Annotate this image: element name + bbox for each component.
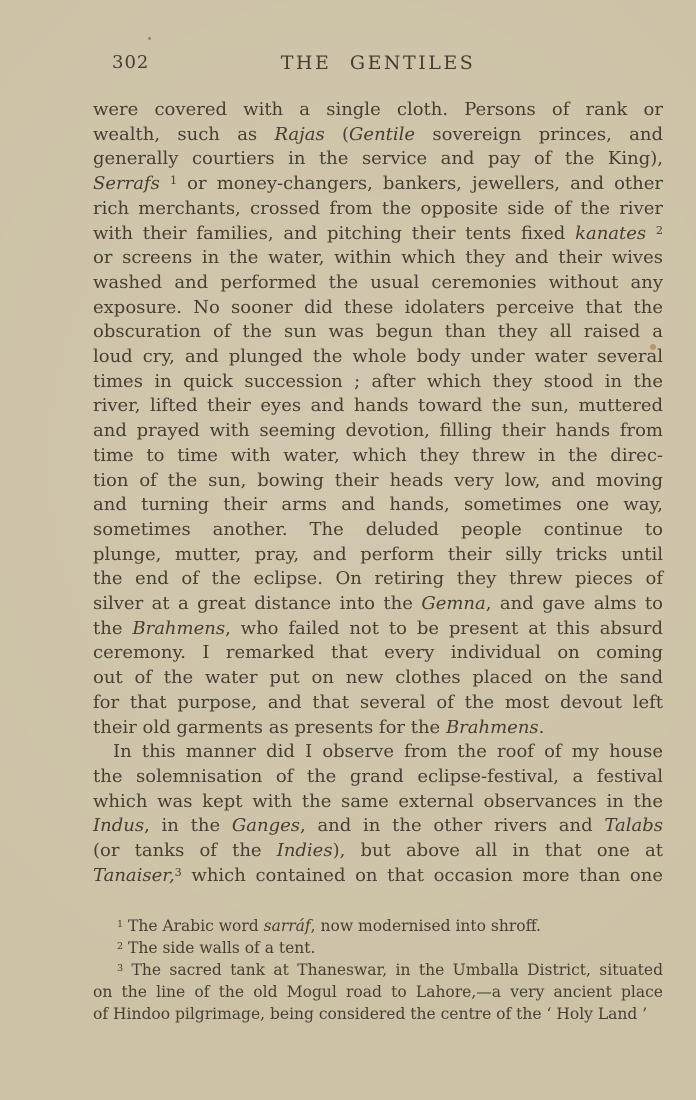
text-run: river, lifted their eyes and hands towar… — [93, 395, 663, 416]
text-line: 1 The Arabic word sarráf, now modernised… — [93, 915, 663, 937]
text-line: the solemnisation of the grand eclipse-f… — [93, 765, 663, 790]
text-line: for that purpose, and that several of th… — [93, 691, 663, 716]
text-line: tion of the sun, bowing their heads very… — [93, 469, 663, 494]
footnotes: 1 The Arabic word sarráf, now modernised… — [93, 915, 663, 1025]
text-run: , now modernised into shroff. — [311, 917, 541, 935]
text-line: 2 The side walls of a tent. — [93, 937, 663, 959]
text-run: Brahmens — [446, 717, 539, 738]
text-run: wealth, such as — [93, 124, 274, 145]
text-run: or screens in the water, within which th… — [93, 247, 663, 268]
text-run: the solemnisation of the grand eclipse-f… — [93, 766, 663, 787]
text-run: ), but above all in that one at — [333, 840, 663, 861]
text-run: , and in the other rivers and — [300, 815, 604, 836]
text-run: on the line of the old Mogul road to Lah… — [93, 983, 663, 1001]
text-run: out of the water put on new clothes plac… — [93, 667, 663, 688]
text-line: and prayed with seeming devotion, fillin… — [93, 419, 663, 444]
text-line: In this manner did I observe from the ro… — [93, 740, 663, 765]
text-line: washed and performed the usual ceremonie… — [93, 271, 663, 296]
text-run: tion of the sun, bowing their heads very… — [93, 470, 663, 491]
text-run: and prayed with seeming devotion, fillin… — [93, 420, 663, 441]
text-run: were covered with a single cloth. Person… — [93, 99, 663, 120]
text-run: times in quick succession ; after which … — [93, 371, 663, 392]
text-run: exposure. No sooner did these idolaters … — [93, 297, 663, 318]
running-title: THE GENTILES — [93, 52, 663, 74]
text-run: Gentile — [349, 124, 415, 145]
text-run: the — [93, 618, 132, 639]
text-run: The sacred tank at Thaneswar, in the Umb… — [123, 961, 663, 979]
text-line: sometimes another. The deluded people co… — [93, 518, 663, 543]
text-run: of Hindoo pilgrimage, being considered t… — [93, 1005, 647, 1023]
body-paragraph: In this manner did I observe from the ro… — [93, 740, 663, 888]
body-paragraph: were covered with a single cloth. Person… — [93, 98, 663, 740]
text-run: plunge, mutter, pray, and perform their … — [93, 544, 663, 565]
text-run: Rajas — [274, 124, 324, 145]
text-run: or money-changers, bankers, jewellers, a… — [177, 173, 663, 194]
text-line: generally courtiers in the service and p… — [93, 147, 663, 172]
text-run: Ganges — [232, 815, 300, 836]
text-run: with their families, and pitching their … — [93, 223, 575, 244]
text-run: washed and performed the usual ceremonie… — [93, 272, 663, 293]
text-run: their old garments as presents for the — [93, 717, 446, 738]
text-run: rich merchants, crossed from the opposit… — [93, 198, 663, 219]
text-run: , who failed not to be present at this a… — [225, 618, 663, 639]
text-run: for that purpose, and that several of th… — [93, 692, 663, 713]
text-run: In this manner did I observe from the ro… — [113, 741, 663, 762]
text-line: and turning their arms and hands, someti… — [93, 493, 663, 518]
text-line: 3 The sacred tank at Thaneswar, in the U… — [93, 959, 663, 981]
text-line: or screens in the water, within which th… — [93, 246, 663, 271]
text-run: sarráf — [264, 917, 311, 935]
text-run: the end of the eclipse. On retiring they… — [93, 568, 663, 589]
text-run: , in the — [144, 815, 232, 836]
text-line: their old garments as presents for the B… — [93, 716, 663, 741]
text-run: (or tanks of the — [93, 840, 277, 861]
text-line: wealth, such as Rajas (Gentile sovereign… — [93, 123, 663, 148]
text-run: sometimes another. The deluded people co… — [93, 519, 663, 540]
text-line: obscuration of the sun was begun than th… — [93, 320, 663, 345]
text-run: . — [539, 717, 545, 738]
text-run: silver at a great distance into the — [93, 593, 421, 614]
text-run: Gemna — [421, 593, 485, 614]
text-line: the Brahmens, who failed not to be prese… — [93, 617, 663, 642]
text-line: the end of the eclipse. On retiring they… — [93, 567, 663, 592]
text-line: with their families, and pitching their … — [93, 222, 663, 247]
text-run: kanates — [575, 223, 656, 244]
scan-speck — [148, 37, 151, 40]
text-line: were covered with a single cloth. Person… — [93, 98, 663, 123]
text-run: loud cry, and plunged the whole body und… — [93, 346, 663, 367]
text-run: and turning their arms and hands, someti… — [93, 494, 663, 515]
text-line: time to time with water, which they thre… — [93, 444, 663, 469]
book-page: 302 THE GENTILES were covered with a sin… — [0, 0, 696, 1100]
text-run: ( — [325, 124, 349, 145]
text-run: The side walls of a tent. — [123, 939, 315, 957]
text-run: Talabs — [604, 815, 663, 836]
text-run: ceremony. I remarked that every individu… — [93, 642, 663, 663]
text-line: times in quick succession ; after which … — [93, 370, 663, 395]
text-line: on the line of the old Mogul road to Lah… — [93, 981, 663, 1003]
text-line: of Hindoo pilgrimage, being considered t… — [93, 1003, 663, 1025]
page-header: 302 THE GENTILES — [93, 52, 663, 82]
text-line: which was kept with the same external ob… — [93, 790, 663, 815]
footnote-marker: 2 — [117, 941, 123, 952]
text-run: Indies — [277, 840, 333, 861]
text-line: exposure. No sooner did these idolaters … — [93, 296, 663, 321]
text-line: plunge, mutter, pray, and perform their … — [93, 543, 663, 568]
footnote-marker: 1 — [117, 919, 123, 930]
footnote-marker: 3 — [117, 963, 123, 974]
text-run: Tanaiser, — [93, 865, 175, 886]
text-line: Serrafs 1 or money-changers, bankers, je… — [93, 172, 663, 197]
text-line: ceremony. I remarked that every individu… — [93, 641, 663, 666]
footnote-marker: 2 — [656, 224, 663, 237]
text-run: Serrafs — [93, 173, 170, 194]
text-line: Indus, in the Ganges, and in the other r… — [93, 814, 663, 839]
text-run: which was kept with the same external ob… — [93, 791, 663, 812]
text-line: silver at a great distance into the Gemn… — [93, 592, 663, 617]
text-run: Brahmens — [132, 618, 225, 639]
footnote-marker: 1 — [170, 174, 177, 187]
text-run: The Arabic word — [123, 917, 264, 935]
text-run: time to time with water, which they thre… — [93, 445, 663, 466]
text-line: rich merchants, crossed from the opposit… — [93, 197, 663, 222]
text-run: which contained on that occasion more th… — [182, 865, 663, 886]
text-line: loud cry, and plunged the whole body und… — [93, 345, 663, 370]
text-run: , and gave alms to — [486, 593, 663, 614]
text-line: river, lifted their eyes and hands towar… — [93, 394, 663, 419]
text-line: Tanaiser,3 which contained on that occas… — [93, 864, 663, 889]
text-line: out of the water put on new clothes plac… — [93, 666, 663, 691]
footnote-marker: 3 — [175, 866, 182, 879]
text-run: obscuration of the sun was begun than th… — [93, 321, 663, 342]
scan-speck — [650, 344, 656, 350]
text-run: sovereign princes, and — [415, 124, 663, 145]
text-run: generally courtiers in the service and p… — [93, 148, 663, 169]
body-text: were covered with a single cloth. Person… — [93, 98, 663, 889]
text-line: (or tanks of the Indies), but above all … — [93, 839, 663, 864]
text-run: Indus — [93, 815, 144, 836]
